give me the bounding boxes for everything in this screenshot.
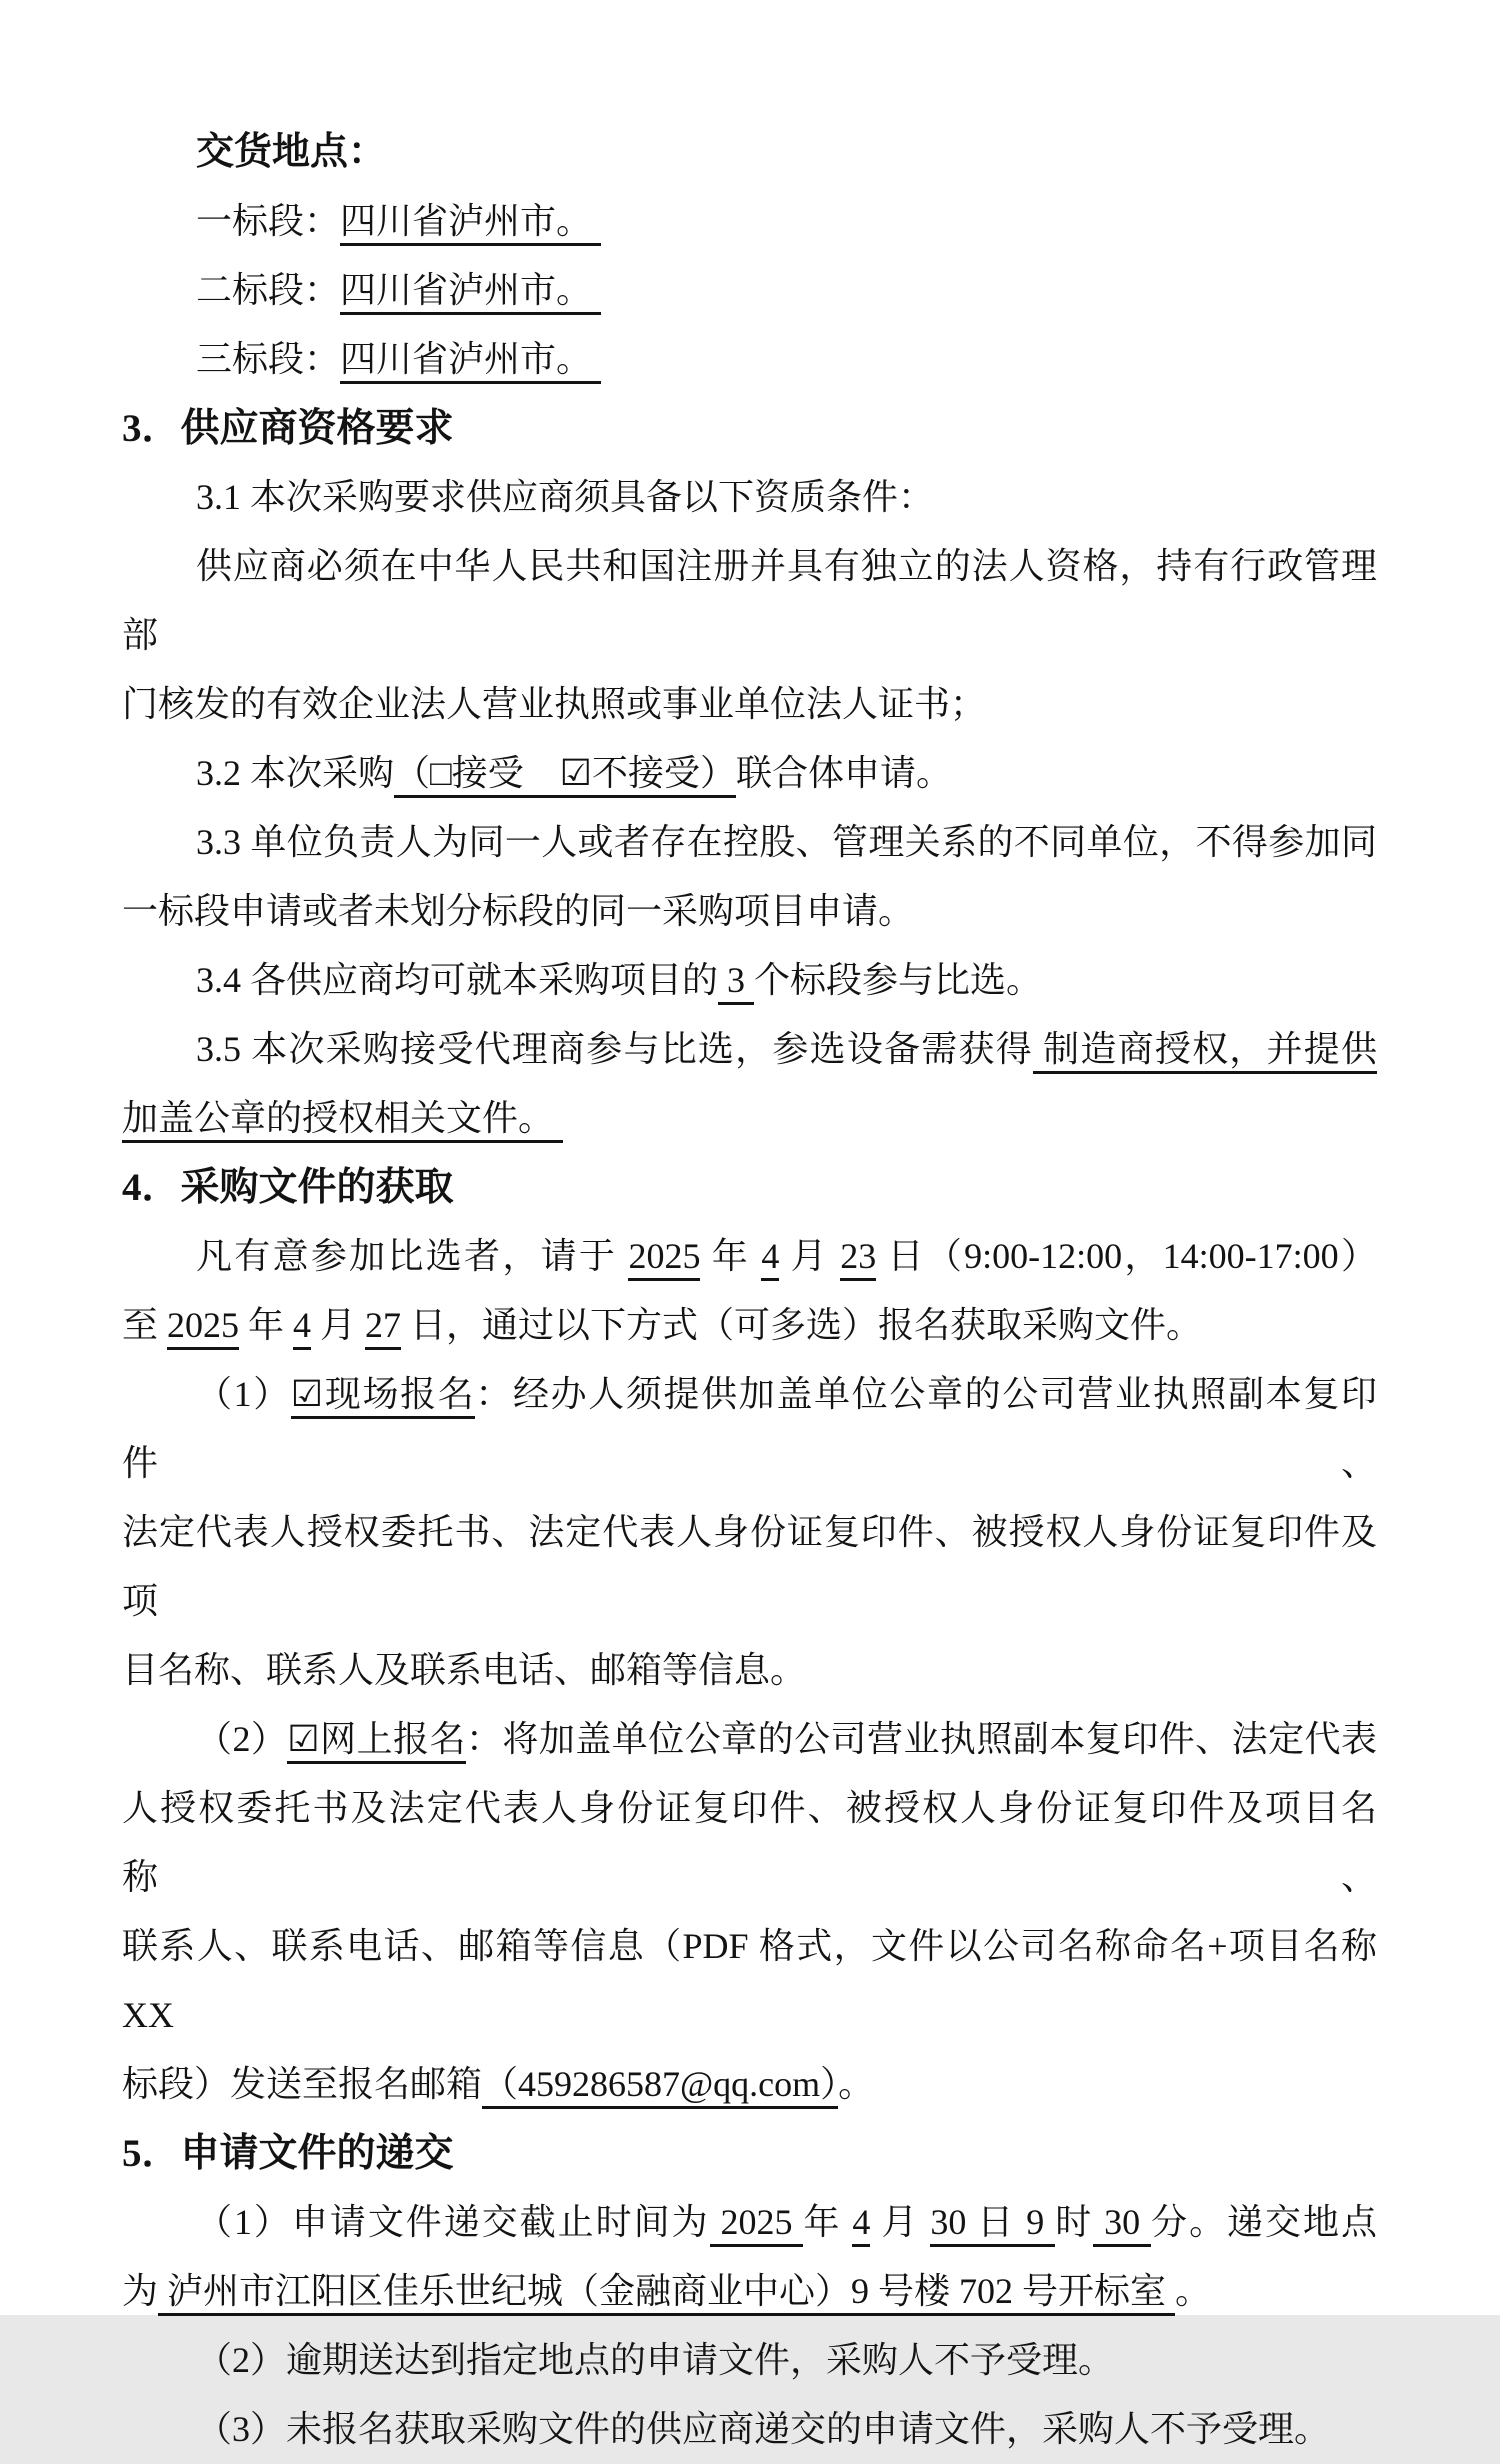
text-run: 人授权委托书及法定代表人身份证复印件、被授权人身份证复印件及项目名称、 <box>122 1788 1377 1897</box>
clause-4-registration-cont: 至 2025 年 4 月 27 日，通过以下方式（可多选）报名获取采购文件。 <box>122 1291 1377 1360</box>
underlined-text: （459286587@qq.com） <box>482 2064 838 2109</box>
text-run: 三标段： <box>196 339 340 379</box>
text-run: 年 <box>700 1236 761 1276</box>
underlined-text: 四川省泸州市。 <box>340 201 601 246</box>
text-run: 月 <box>311 1305 365 1345</box>
underlined-text: 泸州市江阳区佳乐世纪城（金融商业中心）9 号楼 702 号开标室 <box>158 2271 1175 2316</box>
text-run: 分。递交地点 <box>1151 2202 1377 2242</box>
clause-5-deadline-cont: 为 泸州市江阳区佳乐世纪城（金融商业中心）9 号楼 702 号开标室 。 <box>122 2257 1377 2326</box>
text-run: 月 <box>870 2202 930 2242</box>
text-run: 联合体申请。 <box>736 753 952 793</box>
text-run: 供应商必须在中华人民共和国注册并具有独立的法人资格，持有行政管理部 <box>122 546 1377 655</box>
text-run: 一标段申请或者未划分标段的同一采购项目申请。 <box>122 891 914 931</box>
text-run: 3．供应商资格要求 <box>122 407 454 450</box>
clause-5-deadline: （1）申请文件递交截止时间为 2025 年 4 月 30 日 9 时 30 分。… <box>122 2188 1377 2257</box>
lot-3-location: 三标段：四川省泸州市。 <box>122 325 1377 394</box>
text-run: 为 <box>122 2271 158 2311</box>
underlined-text: 3 <box>718 960 754 1005</box>
underlined-text: 四川省泸州市。 <box>340 270 601 315</box>
clause-5-unregistered: （3）未报名获取采购文件的供应商递交的申请文件，采购人不予受理。 <box>122 2395 1377 2464</box>
text-run: 联系人、联系电话、邮箱等信息（PDF 格式，文件以公司名称命名+项目名称 XX <box>122 1926 1386 2035</box>
underlined-text: 30 <box>1093 2202 1151 2247</box>
section-3-heading: 3．供应商资格要求 <box>122 394 1377 463</box>
text-run: 时 <box>1055 2202 1093 2242</box>
text-run: 3.1 本次采购要求供应商须具备以下资质条件： <box>196 477 934 517</box>
text-run: 法定代表人授权委托书、法定代表人身份证复印件、被授权人身份证复印件及项 <box>122 1512 1377 1621</box>
text-run: 日（9:00-12:00，14:00-17:00） <box>876 1236 1377 1276</box>
item-onsite-registration-cont2: 目名称、联系人及联系电话、邮箱等信息。 <box>122 1636 1377 1705</box>
item-online-registration-cont: 人授权委托书及法定代表人身份证复印件、被授权人身份证复印件及项目名称、 <box>122 1774 1377 1912</box>
underlined-text: 4 <box>761 1236 779 1281</box>
text-run: 。 <box>838 2064 874 2104</box>
text-run: 3.5 本次采购接受代理商参与比选，参选设备需获得 <box>196 1029 1033 1069</box>
text-run: 3.3 单位负责人为同一人或者存在控股、管理关系的不同单位，不得参加同 <box>196 822 1377 862</box>
text-run: 月 <box>779 1236 840 1276</box>
text-run: ：将加盖单位公章的公司营业执照副本复印件、法定代表 <box>466 1719 1377 1759</box>
item-online-registration-cont2: 联系人、联系电话、邮箱等信息（PDF 格式，文件以公司名称命名+项目名称 XX <box>122 1912 1377 2050</box>
text-run: 3.2 本次采购 <box>196 753 394 793</box>
clause-3-3: 3.3 单位负责人为同一人或者存在控股、管理关系的不同单位，不得参加同 <box>122 808 1377 877</box>
text-run: 3.4 各供应商均可就本采购项目的 <box>196 960 718 1000</box>
text-run: 目名称、联系人及联系电话、邮箱等信息。 <box>122 1650 806 1690</box>
item-online-registration: （2）☑网上报名：将加盖单位公章的公司营业执照副本复印件、法定代表 <box>122 1705 1377 1774</box>
lot-1-location: 一标段：四川省泸州市。 <box>122 187 1377 256</box>
text-run: （3）未报名获取采购文件的供应商递交的申请文件，采购人不予受理。 <box>196 2409 1330 2449</box>
delivery-location-label: 交货地点： <box>122 118 1377 187</box>
clause-3-1-qualification-cont: 门核发的有效企业法人营业执照或事业单位法人证书； <box>122 670 1377 739</box>
bold-text: 交货地点： <box>196 131 386 173</box>
underlined-text: 2025 <box>710 2202 804 2247</box>
clause-3-4: 3.4 各供应商均可就本采购项目的 3 个标段参与比选。 <box>122 946 1377 1015</box>
underlined-text: 23 <box>840 1236 876 1281</box>
text-run: 个标段参与比选。 <box>754 960 1042 1000</box>
item-onsite-registration-cont: 法定代表人授权委托书、法定代表人身份证复印件、被授权人身份证复印件及项 <box>122 1498 1377 1636</box>
underlined-text: 2025 <box>167 1305 239 1350</box>
text-run: 门核发的有效企业法人营业执照或事业单位法人证书； <box>122 684 986 724</box>
item-onsite-registration: （1）☑现场报名：经办人须提供加盖单位公章的公司营业执照副本复印件、 <box>122 1360 1377 1498</box>
text-run: 至 <box>122 1305 167 1345</box>
item-online-registration-cont3: 标段）发送至报名邮箱（459286587@qq.com）。 <box>122 2050 1377 2119</box>
text-run: （1） <box>196 1374 291 1414</box>
clause-3-5: 3.5 本次采购接受代理商参与比选，参选设备需获得 制造商授权，并提供 <box>122 1015 1377 1084</box>
text-run: 年 <box>239 1305 293 1345</box>
text-run: 。 <box>1175 2271 1211 2311</box>
text-run: 凡有意参加比选者，请于 <box>196 1236 628 1276</box>
underlined-text: 2025 <box>628 1236 700 1281</box>
text-run: 年 <box>803 2202 852 2242</box>
text-run: （2） <box>196 1719 287 1759</box>
clause-3-1: 3.1 本次采购要求供应商须具备以下资质条件： <box>122 463 1377 532</box>
clause-3-1-qualification: 供应商必须在中华人民共和国注册并具有独立的法人资格，持有行政管理部 <box>122 532 1377 670</box>
clause-4-registration: 凡有意参加比选者，请于 2025 年 4 月 23 日（9:00-12:00，1… <box>122 1222 1377 1291</box>
text-run: 二标段： <box>196 270 340 310</box>
clause-3-3-cont: 一标段申请或者未划分标段的同一采购项目申请。 <box>122 877 1377 946</box>
underlined-text: 四川省泸州市。 <box>340 339 601 384</box>
text-run: 标段）发送至报名邮箱 <box>122 2064 482 2104</box>
underlined-text: 制造商授权，并提供 <box>1033 1029 1377 1074</box>
underlined-text: ☑现场报名 <box>291 1374 475 1419</box>
text-run: 日，通过以下方式（可多选）报名获取采购文件。 <box>401 1305 1202 1345</box>
underlined-text: ☑网上报名 <box>287 1719 466 1764</box>
text-run: （2）逾期送达到指定地点的申请文件，采购人不予受理。 <box>196 2340 1114 2380</box>
underlined-text: 加盖公章的授权相关文件。 <box>122 1098 563 1143</box>
text-run: 一标段： <box>196 201 340 241</box>
underlined-text: 4 <box>293 1305 311 1350</box>
text-run: 5．申请文件的递交 <box>122 2132 454 2175</box>
clause-3-5-cont: 加盖公章的授权相关文件。 <box>122 1084 1377 1153</box>
underlined-text: （□接受 ☑不接受） <box>394 753 736 798</box>
section-4-heading: 4．采购文件的获取 <box>122 1153 1377 1222</box>
section-5-heading: 5．申请文件的递交 <box>122 2119 1377 2188</box>
clause-3-2: 3.2 本次采购（□接受 ☑不接受）联合体申请。 <box>122 739 1377 808</box>
underlined-text: 4 <box>852 2202 870 2247</box>
document-page: 交货地点：一标段：四川省泸州市。 二标段：四川省泸州市。 三标段：四川省泸州市。… <box>0 0 1500 2315</box>
lot-2-location: 二标段：四川省泸州市。 <box>122 256 1377 325</box>
text-run: （1）申请文件递交截止时间为 <box>196 2202 710 2242</box>
underlined-text: 30 日 9 <box>930 2202 1055 2247</box>
text-run: 4．采购文件的获取 <box>122 1166 454 1209</box>
clause-5-late: （2）逾期送达到指定地点的申请文件，采购人不予受理。 <box>122 2326 1377 2395</box>
underlined-text: 27 <box>365 1305 401 1350</box>
